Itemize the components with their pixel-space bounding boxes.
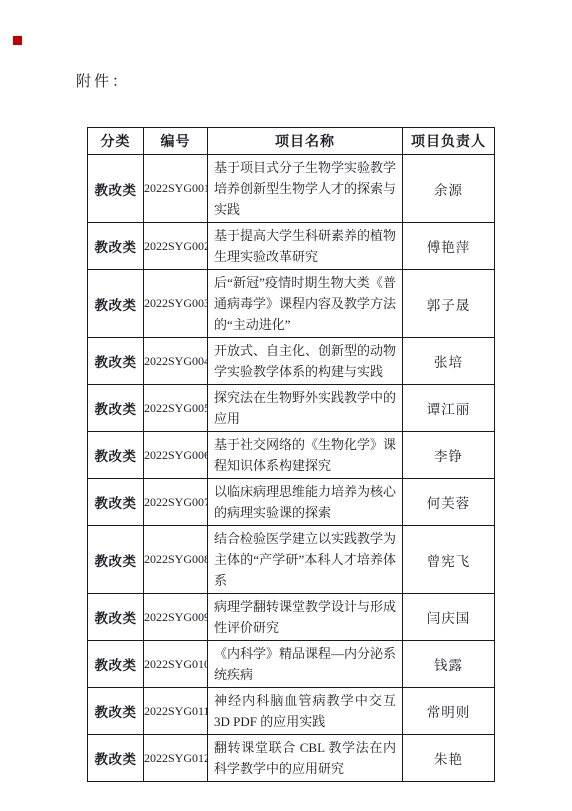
leader-cell: 曾宪飞 [403, 526, 495, 594]
header-code: 编号 [144, 128, 208, 155]
category-cell: 教改类 [88, 479, 144, 526]
table-row: 教改类 2022SYG002 基于提高大学生科研素养的植物生理实验改革研究 傅艳… [88, 223, 495, 270]
red-marker [13, 36, 22, 45]
leader-cell: 余源 [403, 155, 495, 223]
table-row: 教改类 2022SYG001 基于项目式分子生物学实验教学培养创新型生物学人才的… [88, 155, 495, 223]
category-cell: 教改类 [88, 594, 144, 641]
code-cell: 2022SYG002 [144, 223, 208, 270]
category-cell: 教改类 [88, 155, 144, 223]
category-cell: 教改类 [88, 432, 144, 479]
title-cell: 翻转课堂联合 CBL 教学法在内科学教学中的应用研究 [208, 735, 403, 782]
code-cell: 2022SYG004 [144, 338, 208, 385]
code-cell: 2022SYG011 [144, 688, 208, 735]
title-cell: 基于提高大学生科研素养的植物生理实验改革研究 [208, 223, 403, 270]
code-cell: 2022SYG003 [144, 270, 208, 338]
leader-cell: 朱艳 [403, 735, 495, 782]
category-cell: 教改类 [88, 223, 144, 270]
category-cell: 教改类 [88, 641, 144, 688]
table-row: 教改类 2022SYG009 病理学翻转课堂教学设计与形成性评价研究 闫庆国 [88, 594, 495, 641]
table-row: 教改类 2022SYG010 《内科学》精品课程—内分泌系统疾病 钱露 [88, 641, 495, 688]
header-category: 分类 [88, 128, 144, 155]
leader-cell: 闫庆国 [403, 594, 495, 641]
code-cell: 2022SYG009 [144, 594, 208, 641]
title-cell: 开放式、自主化、创新型的动物学实验教学体系的构建与实践 [208, 338, 403, 385]
code-cell: 2022SYG005 [144, 385, 208, 432]
category-cell: 教改类 [88, 735, 144, 782]
table-row: 教改类 2022SYG007 以临床病理思维能力培养为核心的病理实验课的探索 何… [88, 479, 495, 526]
table-row: 教改类 2022SYG012 翻转课堂联合 CBL 教学法在内科学教学中的应用研… [88, 735, 495, 782]
table-row: 教改类 2022SYG004 开放式、自主化、创新型的动物学实验教学体系的构建与… [88, 338, 495, 385]
leader-cell: 常明则 [403, 688, 495, 735]
code-cell: 2022SYG006 [144, 432, 208, 479]
title-cell: 基于社交网络的《生物化学》课程知识体系构建探究 [208, 432, 403, 479]
table-row: 教改类 2022SYG003 后“新冠”疫情时期生物大类《普通病毒学》课程内容及… [88, 270, 495, 338]
title-cell: 《内科学》精品课程—内分泌系统疾病 [208, 641, 403, 688]
leader-cell: 张培 [403, 338, 495, 385]
category-cell: 教改类 [88, 270, 144, 338]
leader-cell: 钱露 [403, 641, 495, 688]
header-title: 项目名称 [208, 128, 403, 155]
code-cell: 2022SYG001 [144, 155, 208, 223]
leader-cell: 谭江丽 [403, 385, 495, 432]
title-cell: 基于项目式分子生物学实验教学培养创新型生物学人才的探索与实践 [208, 155, 403, 223]
code-cell: 2022SYG010 [144, 641, 208, 688]
table-header-row: 分类 编号 项目名称 项目负责人 [88, 128, 495, 155]
category-cell: 教改类 [88, 385, 144, 432]
leader-cell: 傅艳萍 [403, 223, 495, 270]
header-leader: 项目负责人 [403, 128, 495, 155]
title-cell: 以临床病理思维能力培养为核心的病理实验课的探索 [208, 479, 403, 526]
code-cell: 2022SYG012 [144, 735, 208, 782]
leader-cell: 何芙蓉 [403, 479, 495, 526]
code-cell: 2022SYG008 [144, 526, 208, 594]
category-cell: 教改类 [88, 688, 144, 735]
projects-table: 分类 编号 项目名称 项目负责人 教改类 2022SYG001 基于项目式分子生… [87, 127, 495, 782]
category-cell: 教改类 [88, 526, 144, 594]
title-cell: 病理学翻转课堂教学设计与形成性评价研究 [208, 594, 403, 641]
title-cell: 结合检验医学建立以实践教学为主体的“产学研”本科人才培养体系 [208, 526, 403, 594]
table-row: 教改类 2022SYG008 结合检验医学建立以实践教学为主体的“产学研”本科人… [88, 526, 495, 594]
title-cell: 神经内科脑血管病教学中交互 3D PDF 的应用实践 [208, 688, 403, 735]
table-row: 教改类 2022SYG006 基于社交网络的《生物化学》课程知识体系构建探究 李… [88, 432, 495, 479]
code-cell: 2022SYG007 [144, 479, 208, 526]
leader-cell: 李铮 [403, 432, 495, 479]
category-cell: 教改类 [88, 338, 144, 385]
table-row: 教改类 2022SYG011 神经内科脑血管病教学中交互 3D PDF 的应用实… [88, 688, 495, 735]
title-cell: 探究法在生物野外实践教学中的应用 [208, 385, 403, 432]
title-cell: 后“新冠”疫情时期生物大类《普通病毒学》课程内容及教学方法的“主动进化” [208, 270, 403, 338]
leader-cell: 郭子晟 [403, 270, 495, 338]
table-row: 教改类 2022SYG005 探究法在生物野外实践教学中的应用 谭江丽 [88, 385, 495, 432]
attachment-label: 附件： [76, 70, 130, 91]
